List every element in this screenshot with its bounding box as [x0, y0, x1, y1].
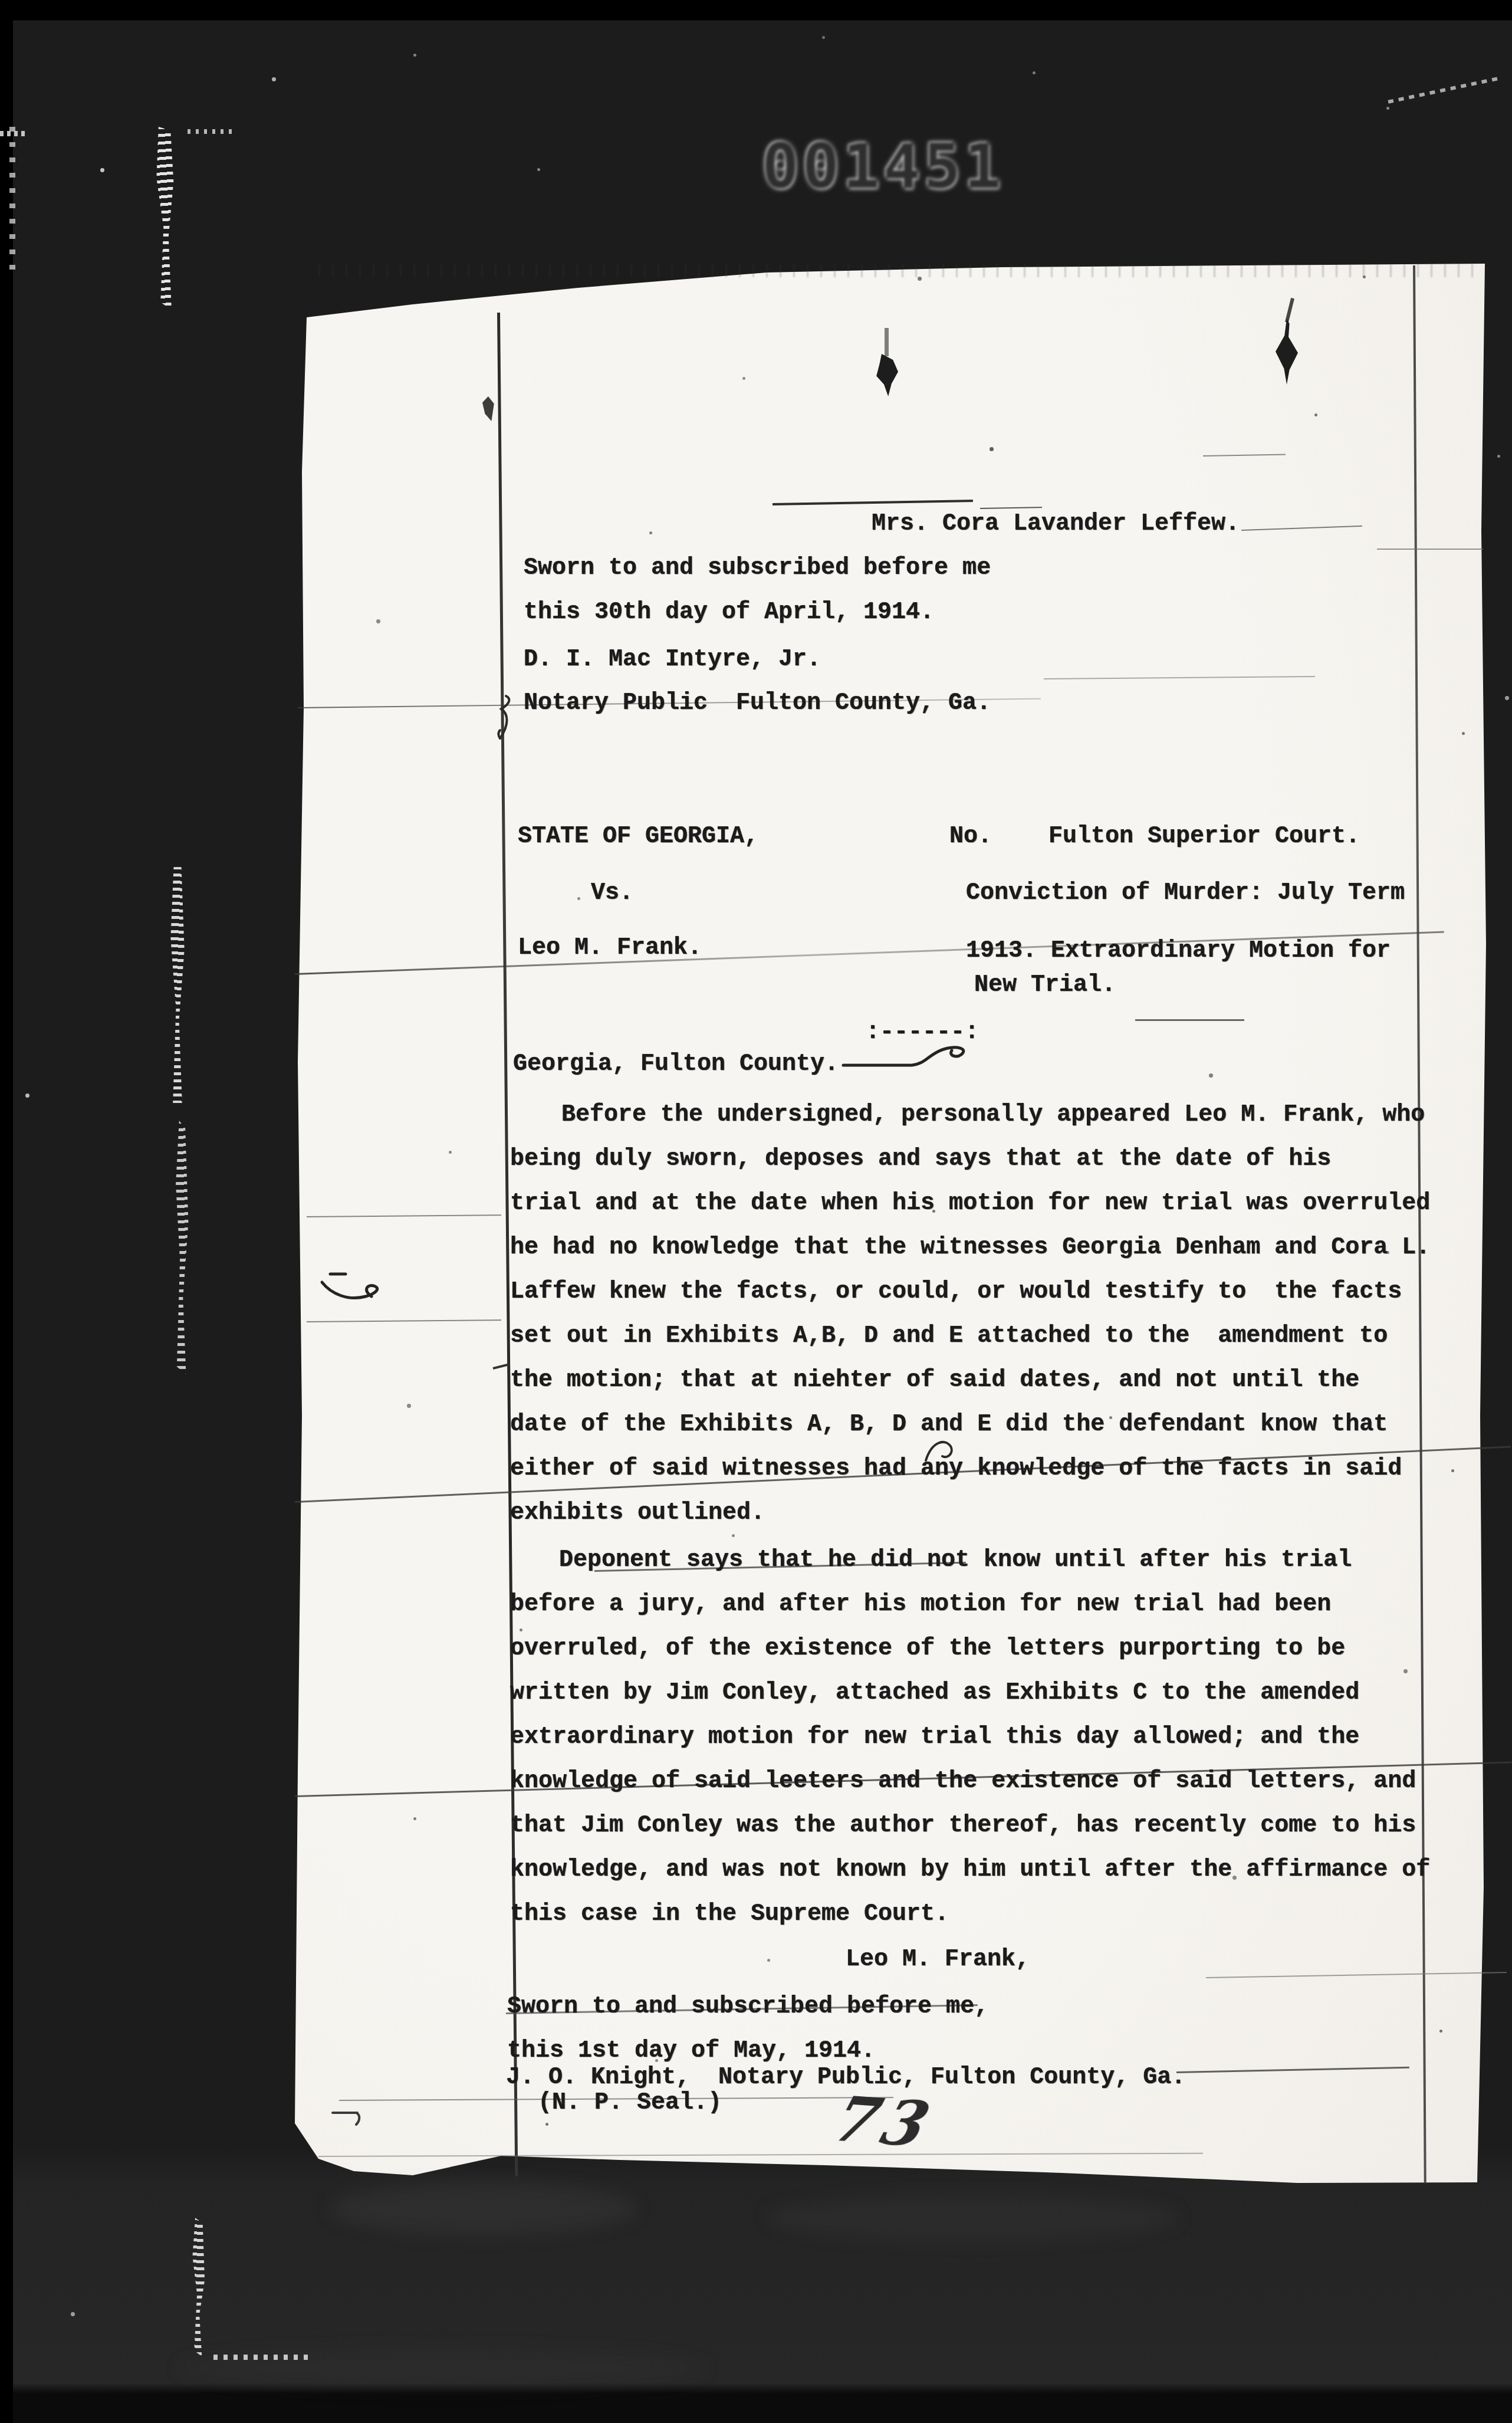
check-swoosh-mark: [320, 1269, 396, 1311]
caption-state: STATE OF GEORGIA,: [518, 823, 758, 851]
body-line: being duly sworn, deposes and says that …: [510, 1146, 1331, 1173]
artifact-line: [1241, 526, 1362, 531]
ink-blob: [885, 328, 889, 356]
right-margin-rule: [1413, 265, 1426, 2184]
curly-brace-mark: [494, 695, 515, 741]
body-line: this case in the Supreme Court.: [510, 1901, 949, 1928]
closing-notary-line: J. O. Knight, Notary Public, Fulton Coun…: [506, 2064, 1185, 2092]
ink-blob: [1276, 319, 1298, 385]
artifact-line: [1206, 1972, 1507, 1978]
caption-court: No. Fulton Superior Court.: [949, 823, 1360, 851]
artifact-line: [1377, 549, 1483, 550]
film-scratch: [9, 127, 15, 280]
ink-blob: [875, 354, 898, 396]
film-scratch: [188, 129, 235, 134]
artifact-line: [307, 1214, 501, 1217]
artifact-line: [773, 500, 973, 505]
artifact-line: [318, 2153, 1203, 2157]
caption-vs: Vs.: [591, 880, 633, 907]
body-line: set out in Exhibits A,B, D and E attache…: [510, 1323, 1388, 1350]
caption-defendant: Leo M. Frank.: [518, 935, 702, 962]
closing-signature: Leo M. Frank,: [846, 1946, 1030, 1974]
body-line: extraordinary motion for new trial this …: [510, 1724, 1359, 1751]
body-line: knowledge, and was not known by him unti…: [510, 1857, 1430, 1884]
body-line: either of said witnesses had any knowled…: [510, 1456, 1402, 1483]
film-scratch: [213, 2355, 314, 2360]
body-line: date of the Exhibits A, B, D and E did t…: [510, 1411, 1388, 1439]
film-specks: [0, 0, 2, 2]
bates-stamp: 001451: [762, 139, 1045, 193]
ink-blob: [1285, 298, 1294, 323]
film-scratch: [0, 131, 27, 136]
caption-separator: :------:: [866, 1019, 979, 1046]
body-line: Laffew knew the facts, or could, or woul…: [510, 1279, 1402, 1306]
artifact-line: [1135, 1019, 1244, 1021]
body-line: he had no knowledge that the witnesses G…: [510, 1235, 1430, 1262]
body-line: knowledge of said leeters and the existe…: [510, 1768, 1416, 1795]
artifact-line: [307, 1319, 501, 1322]
ink-blob: [482, 396, 495, 421]
body-line: trial and at the date when his motion fo…: [510, 1190, 1430, 1217]
pen-scribble-mark: [330, 2107, 383, 2127]
closing-date-line: this 1st day of May, 1914.: [507, 2038, 875, 2065]
jurat1-notary-name: D. I. Mac Intyre, Jr.: [524, 646, 821, 674]
artifact-line: [1176, 2067, 1409, 2073]
artifact-line: [980, 507, 1042, 509]
affiant-signature-line: Mrs. Cora Lavander Leffew.: [872, 511, 1240, 538]
body-line: exhibits outlined.: [510, 1500, 765, 1527]
body-line: that Jim Conley was the author thereof, …: [510, 1813, 1416, 1840]
artifact-line: [1044, 676, 1315, 679]
jurat1-notary-title: Notary Public Fulton County, Ga.: [524, 690, 991, 717]
venue-line: Georgia, Fulton County.: [513, 1051, 839, 1078]
body-line: Deponent says that he did not know until…: [559, 1547, 1352, 1574]
ink-layer: 001451: [0, 0, 1512, 2423]
handwritten-page-number: 73: [826, 2081, 944, 2161]
closing-seal-line: (N. P. Seal.): [538, 2090, 722, 2117]
body-line: overruled, of the existence of the lette…: [510, 1636, 1345, 1663]
body-line: Before the undersigned, personally appea…: [561, 1102, 1425, 1129]
body-line: the motion; that at niehter of said date…: [510, 1367, 1359, 1394]
jurat1-sworn-line: Sworn to and subscribed before me: [524, 555, 991, 582]
jurat1-date-line: this 30th day of April, 1914.: [524, 599, 934, 626]
caption-new-trial: New Trial.: [974, 972, 1116, 999]
caption-charge: Conviction of Murder: July Term: [966, 880, 1405, 907]
body-line: written by Jim Conley, attached as Exhib…: [510, 1680, 1359, 1707]
film-frame: 001451: [0, 0, 1512, 2423]
closing-sworn-line: Sworn to and subscribed before me,: [507, 1994, 988, 2021]
artifact-line: [1203, 454, 1286, 457]
body-line: before a jury, and after his motion for …: [510, 1591, 1331, 1618]
caption-term: 1913. Extraordinary Motion for: [966, 938, 1391, 965]
